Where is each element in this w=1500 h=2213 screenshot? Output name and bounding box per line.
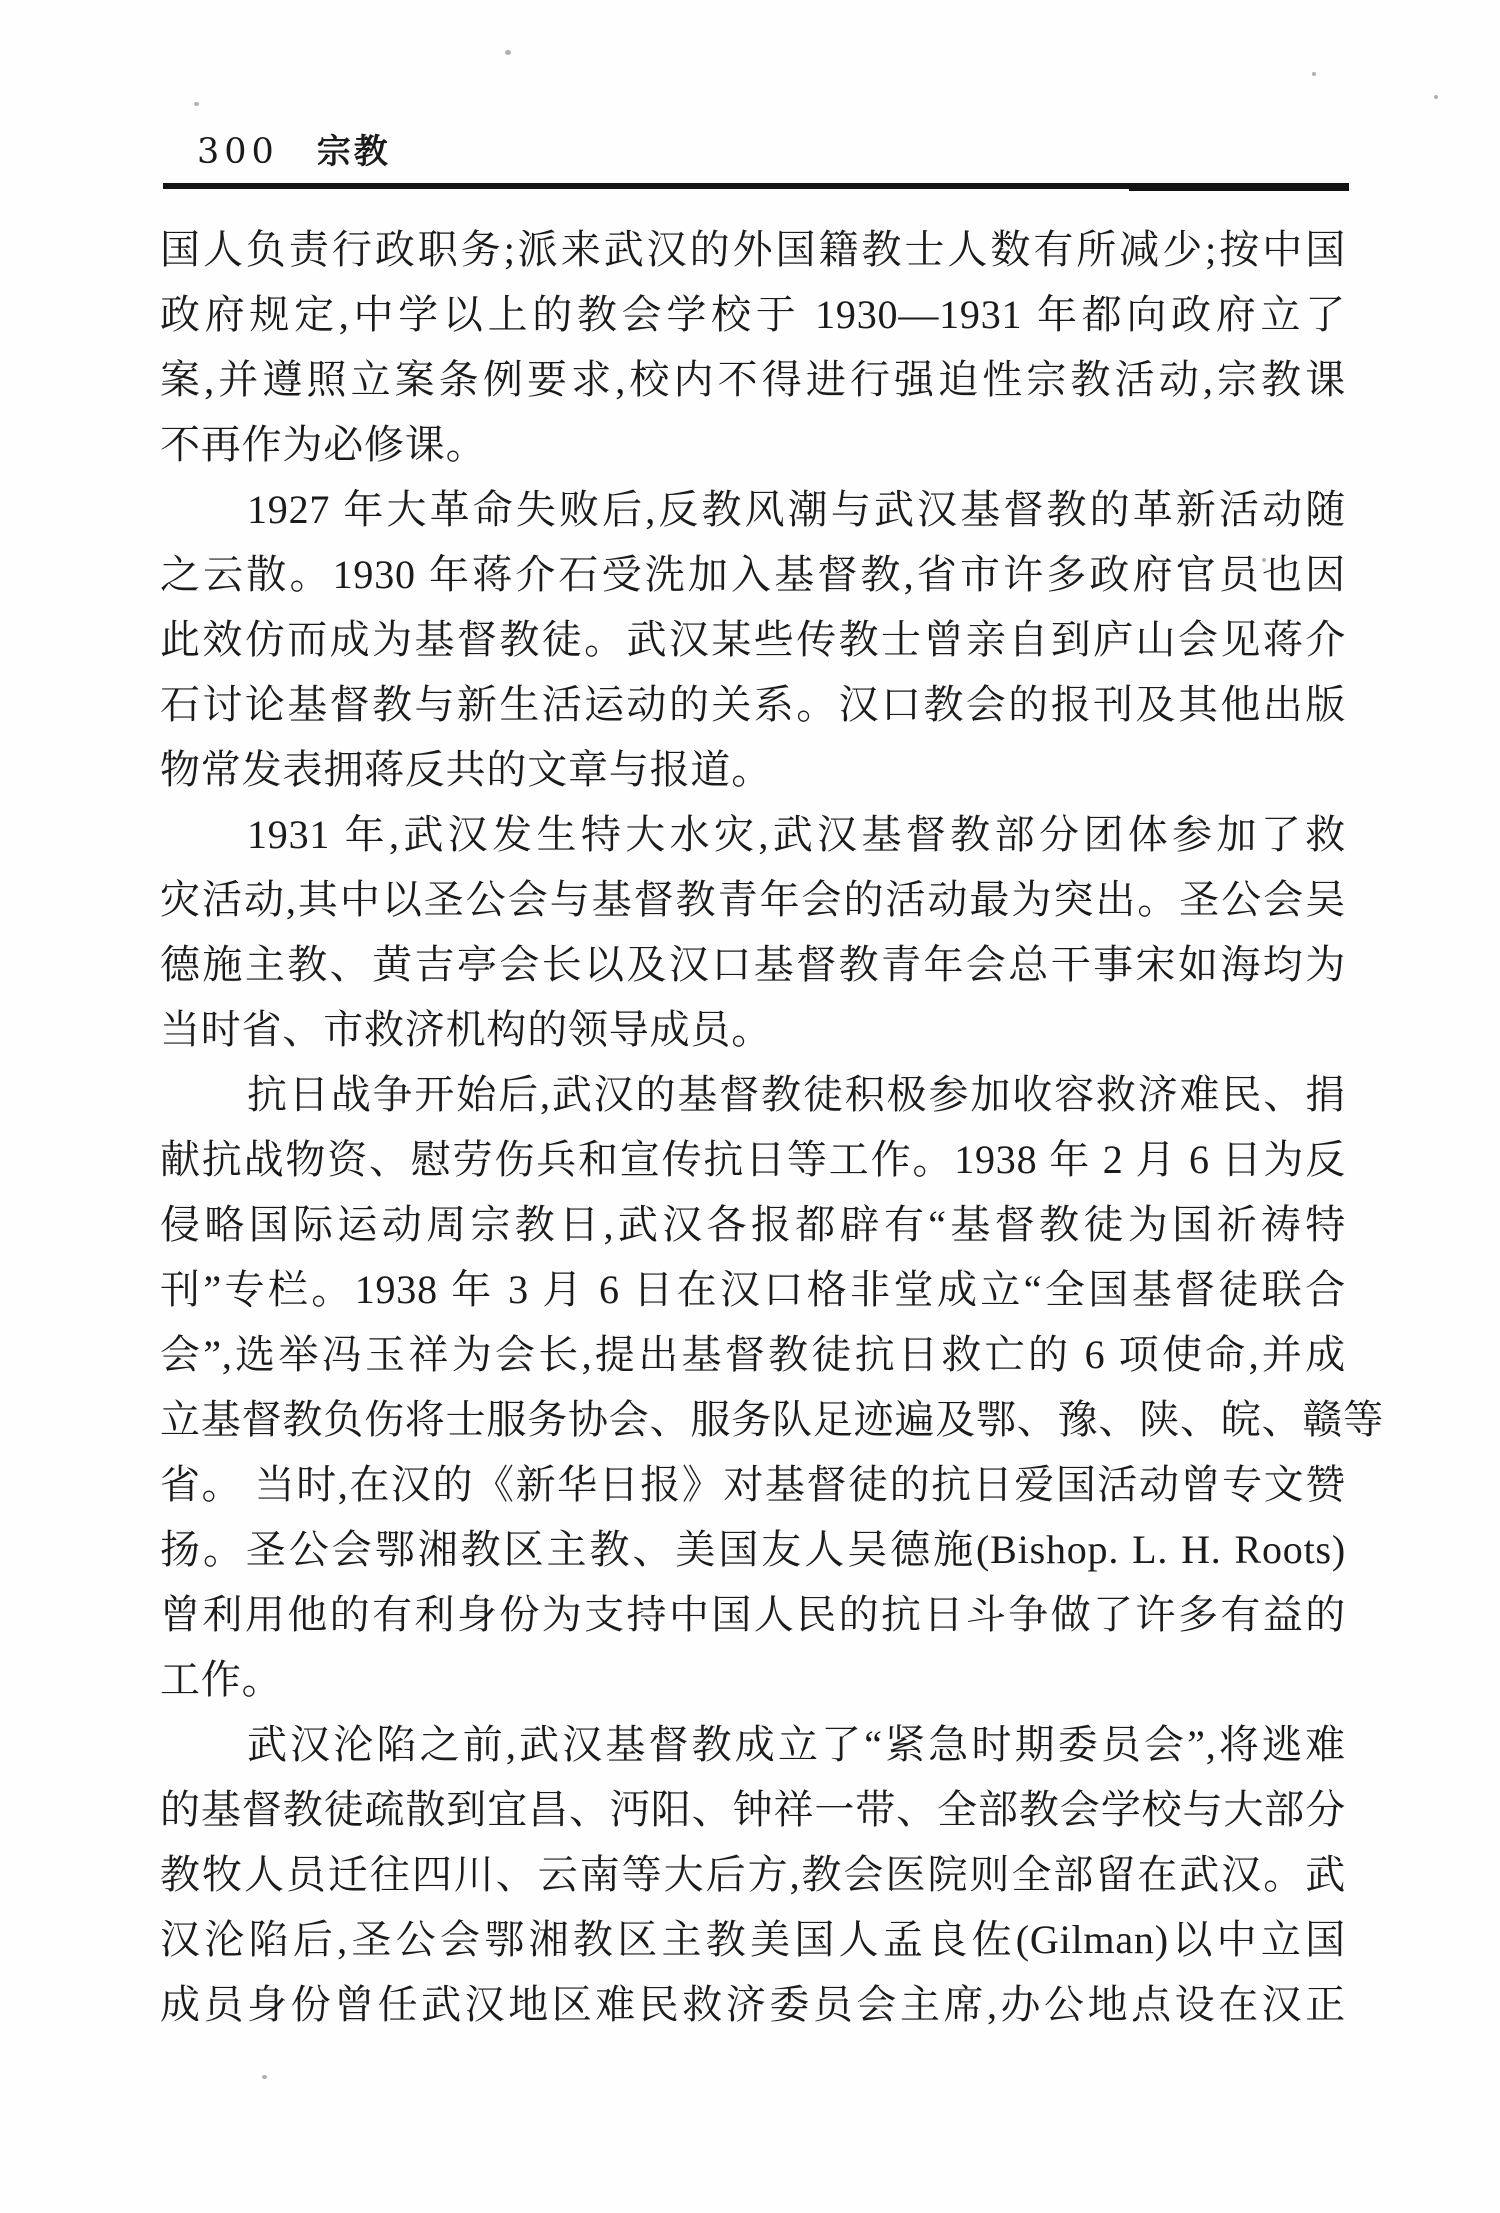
text-line: 石讨论基督教与新生活运动的关系。汉口教会的报刊及其他出版 — [160, 672, 1346, 737]
text-line: 武汉沦陷之前,武汉基督教成立了“紧急时期委员会”,将逃难 — [160, 1712, 1346, 1777]
text-line: 的基督教徒疏散到宜昌、沔阳、钟祥一带、全部教会学校与大部分 — [160, 1777, 1346, 1842]
text-line: 立基督教负伤将士服务协会、服务队足迹遍及鄂、豫、陕、皖、赣等 — [160, 1387, 1346, 1452]
body-text: 国人负责行政职务;派来武汉的外国籍教士人数有所减少;按中国政府规定,中学以上的教… — [160, 217, 1346, 2037]
page-header: 300 宗教 — [197, 124, 391, 173]
text-line: 不再作为必修课。 — [160, 412, 1346, 477]
text-line: 侵略国际运动周宗教日,武汉各报都辟有“基督教徒为国祈祷特 — [160, 1192, 1346, 1257]
header-rule — [163, 183, 1349, 189]
text-line: 教牧人员迁往四川、云南等大后方,教会医院则全部留在武汉。武 — [160, 1842, 1346, 1907]
text-line: 汉沦陷后,圣公会鄂湘教区主教美国人孟良佐(Gilman)以中立国 — [160, 1907, 1346, 1972]
scan-speck — [1262, 558, 1266, 562]
text-line: 1927 年大革命失败后,反教风潮与武汉基督教的革新活动随 — [160, 477, 1346, 542]
text-line: 省。 当时,在汉的《新华日报》对基督徒的抗日爱国活动曾专文赞 — [160, 1452, 1346, 1517]
text-line: 物常发表拥蒋反共的文章与报道。 — [160, 737, 1346, 802]
text-line: 之云散。1930 年蒋介石受洗加入基督教,省市许多政府官员也因 — [160, 542, 1346, 607]
text-line: 案,并遵照立案条例要求,校内不得进行强迫性宗教活动,宗教课 — [160, 347, 1346, 412]
text-line: 扬。圣公会鄂湘教区主教、美国友人吴德施(Bishop. L. H. Roots) — [160, 1517, 1346, 1582]
text-line: 曾利用他的有利身份为支持中国人民的抗日斗争做了许多有益的 — [160, 1582, 1346, 1647]
text-line: 献抗战物资、慰劳伤兵和宣传抗日等工作。1938 年 2 月 6 日为反 — [160, 1127, 1346, 1192]
section-title: 宗教 — [317, 124, 391, 173]
scan-speck — [262, 2075, 267, 2079]
scan-speck — [505, 50, 511, 55]
scan-speck — [1312, 72, 1316, 76]
text-line: 此效仿而成为基督教徒。武汉某些传教士曾亲自到庐山会见蒋介 — [160, 607, 1346, 672]
text-line: 抗日战争开始后,武汉的基督教徒积极参加收容救济难民、捐 — [160, 1062, 1346, 1127]
text-line: 成员身份曾任武汉地区难民救济委员会主席,办公地点设在汉正 — [160, 1972, 1346, 2037]
text-line: 灾活动,其中以圣公会与基督教青年会的活动最为突出。圣公会吴 — [160, 867, 1346, 932]
text-line: 会”,选举冯玉祥为会长,提出基督教徒抗日救亡的 6 项使命,并成 — [160, 1322, 1346, 1387]
text-line: 当时省、市救济机构的领导成员。 — [160, 997, 1346, 1062]
text-line: 刊”专栏。1938 年 3 月 6 日在汉口格非堂成立“全国基督徒联合 — [160, 1257, 1346, 1322]
text-line: 1931 年,武汉发生特大水灾,武汉基督教部分团体参加了救 — [160, 802, 1346, 867]
page-number: 300 — [197, 132, 279, 172]
text-line: 国人负责行政职务;派来武汉的外国籍教士人数有所减少;按中国 — [160, 217, 1346, 282]
page: 300 宗教 国人负责行政职务;派来武汉的外国籍教士人数有所减少;按中国政府规定… — [0, 0, 1500, 2213]
text-line: 政府规定,中学以上的教会学校于 1930—1931 年都向政府立了 — [160, 282, 1346, 347]
scan-speck — [194, 102, 199, 106]
text-line: 德施主教、黄吉亭会长以及汉口基督教青年会总干事宋如海均为 — [160, 932, 1346, 997]
text-line: 工作。 — [160, 1647, 1346, 1712]
scan-speck — [1434, 95, 1438, 99]
